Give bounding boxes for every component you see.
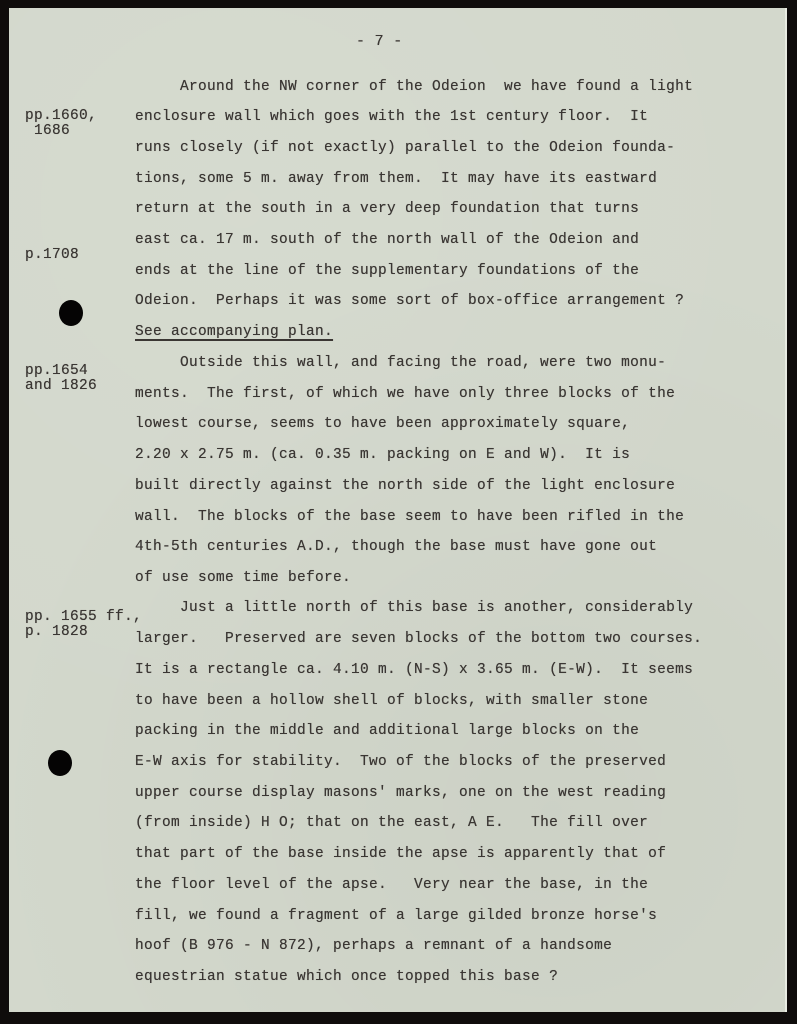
margin-note: p. 1828 xyxy=(25,624,88,640)
text-line: ends at the line of the supplementary fo… xyxy=(135,263,639,279)
punch-hole-upper xyxy=(59,300,83,326)
text-line: 2.20 x 2.75 m. (ca. 0.35 m. packing on E… xyxy=(135,447,630,463)
text-line: enclosure wall which goes with the 1st c… xyxy=(135,109,648,125)
text-line: hoof (B 976 - N 872), perhaps a remnant … xyxy=(135,938,612,954)
text-line: larger. Preserved are seven blocks of th… xyxy=(135,631,702,647)
text-line: the floor level of the apse. Very near t… xyxy=(135,877,648,893)
text-line: Odeion. Perhaps it was some sort of box-… xyxy=(135,293,684,309)
margin-note: pp.1660, xyxy=(25,108,97,124)
text-line: east ca. 17 m. south of the north wall o… xyxy=(135,232,639,248)
text-line: return at the south in a very deep found… xyxy=(135,201,639,217)
margin-note: pp.1654 xyxy=(25,363,88,379)
text-line: that part of the base inside the apse is… xyxy=(135,846,666,862)
text-line: built directly against the north side of… xyxy=(135,478,675,494)
text-line: Just a little north of this base is anot… xyxy=(180,600,693,616)
text-line: equestrian statue which once topped this… xyxy=(135,969,558,985)
page-number: - 7 - xyxy=(356,34,403,50)
text-line: lowest course, seems to have been approx… xyxy=(135,416,630,432)
text-line: of use some time before. xyxy=(135,570,351,586)
text-line: packing in the middle and additional lar… xyxy=(135,723,639,739)
text-line: to have been a hollow shell of blocks, w… xyxy=(135,693,648,709)
text-line: Outside this wall, and facing the road, … xyxy=(180,355,666,371)
text-line: Around the NW corner of the Odeion we ha… xyxy=(180,79,693,95)
text-line: It is a rectangle ca. 4.10 m. (N-S) x 3.… xyxy=(135,662,693,678)
text-line: (from inside) H O; that on the east, A E… xyxy=(135,815,648,831)
text-line: runs closely (if not exactly) parallel t… xyxy=(135,140,675,156)
punch-hole-lower xyxy=(48,750,72,776)
text-line: ments. The first, of which we have only … xyxy=(135,386,675,402)
text-line: tions, some 5 m. away from them. It may … xyxy=(135,171,657,187)
text-line: E-W axis for stability. Two of the block… xyxy=(135,754,666,770)
text-line: fill, we found a fragment of a large gil… xyxy=(135,908,657,924)
margin-note: 1686 xyxy=(25,123,70,139)
margin-note: p.1708 xyxy=(25,247,79,263)
text-line: upper course display masons' marks, one … xyxy=(135,785,666,801)
document-page: - 7 - pp.1660, 1686p.1708pp.1654and 1826… xyxy=(9,8,787,1012)
margin-note: pp. 1655 ff., xyxy=(25,609,142,625)
text-line: wall. The blocks of the base seem to hav… xyxy=(135,509,684,525)
text-line: 4th-5th centuries A.D., though the base … xyxy=(135,539,657,555)
margin-note: and 1826 xyxy=(25,378,97,394)
plan-reference: See accompanying plan. xyxy=(135,324,333,340)
